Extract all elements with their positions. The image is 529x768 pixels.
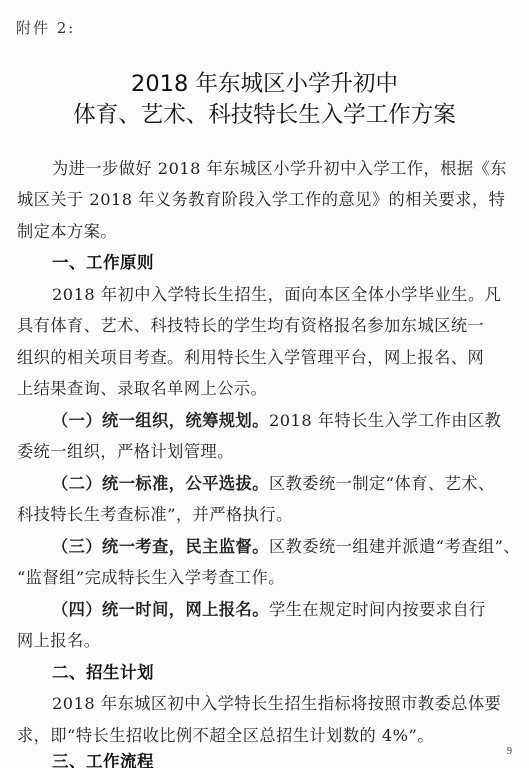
section1-para-line-3: 组织的相关项目考查。利用特长生入学管理平台，网上报名、网 — [17, 344, 511, 368]
principle-item-4-lead: （四）统一时间，网上报名。 — [52, 600, 269, 619]
principle-item-3-lead: （三）统一考查，民主监督。 — [52, 537, 269, 556]
document-page: 附件 2: 2018 年东城区小学升初中 体育、艺术、科技特长生入学工作方案 为… — [0, 0, 529, 768]
principle-item-1-line2: 委统一组织，严格计划管理。 — [17, 438, 511, 462]
document-title-line2: 体育、艺术、科技特长生入学工作方案 — [0, 97, 529, 129]
principle-item-3: （三）统一考查，民主监督。区教委统一组建并派遣“考查组”、 — [52, 533, 529, 557]
principle-item-1: （一）统一组织，统筹规划。2018 年特长生入学工作由区教 — [52, 407, 529, 431]
principle-item-3-line2: “监督组”完成特长生入学考查工作。 — [17, 564, 511, 588]
section2-para-line-2: 求，即“特长生招收比例不超全区总招生计划数的 4%”。 — [17, 722, 511, 746]
principle-item-4-text: 学生在规定时间内按要求自行 — [269, 600, 486, 619]
intro-line-3: 制定本方案。 — [17, 218, 511, 242]
section1-para-line-2: 具有体育、艺术、科技特长的学生均有资格报名参加东城区统一 — [17, 312, 511, 336]
section2-para-line-1: 2018 年东城区初中入学特长生招生指标将按照市教委总体要 — [52, 690, 529, 714]
principle-item-1-lead: （一）统一组织，统筹规划。 — [52, 411, 269, 430]
principle-item-2-line2: 科技特长生考查标准”，并严格执行。 — [17, 501, 511, 525]
principle-item-2: （二）统一标准，公平选拔。区教委统一制定“体育、艺术、 — [52, 470, 529, 494]
principle-item-3-text: 区教委统一组建并派遣“考查组”、 — [269, 537, 520, 556]
page-number: 9 — [507, 746, 512, 757]
section1-heading: 一、工作原则 — [52, 249, 529, 273]
section2-heading: 二、招生计划 — [52, 659, 529, 683]
principle-item-2-text: 区教委统一制定“体育、艺术、 — [269, 474, 495, 493]
principle-item-4-line2: 网上报名。 — [17, 627, 511, 651]
principle-item-1-text: 2018 年特长生入学工作由区教 — [269, 411, 501, 430]
principle-item-2-lead: （二）统一标准，公平选拔。 — [52, 474, 269, 493]
section1-para-line-4: 上结果查询、录取名单网上公示。 — [17, 375, 511, 399]
section3-heading: 三、工作流程 — [52, 748, 529, 768]
section1-para-line-1: 2018 年初中入学特长生招生，面向本区全体小学毕业生。凡 — [52, 281, 529, 305]
intro-line-2: 城区关于 2018 年义务教育阶段入学工作的意见》的相关要求，特 — [17, 186, 511, 210]
attachment-label: 附件 2: — [16, 17, 75, 38]
intro-line-1: 为进一步做好 2018 年东城区小学升初中入学工作，根据《东 — [52, 155, 529, 179]
principle-item-4: （四）统一时间，网上报名。学生在规定时间内按要求自行 — [52, 596, 529, 620]
document-title-line1: 2018 年东城区小学升初中 — [0, 66, 529, 98]
